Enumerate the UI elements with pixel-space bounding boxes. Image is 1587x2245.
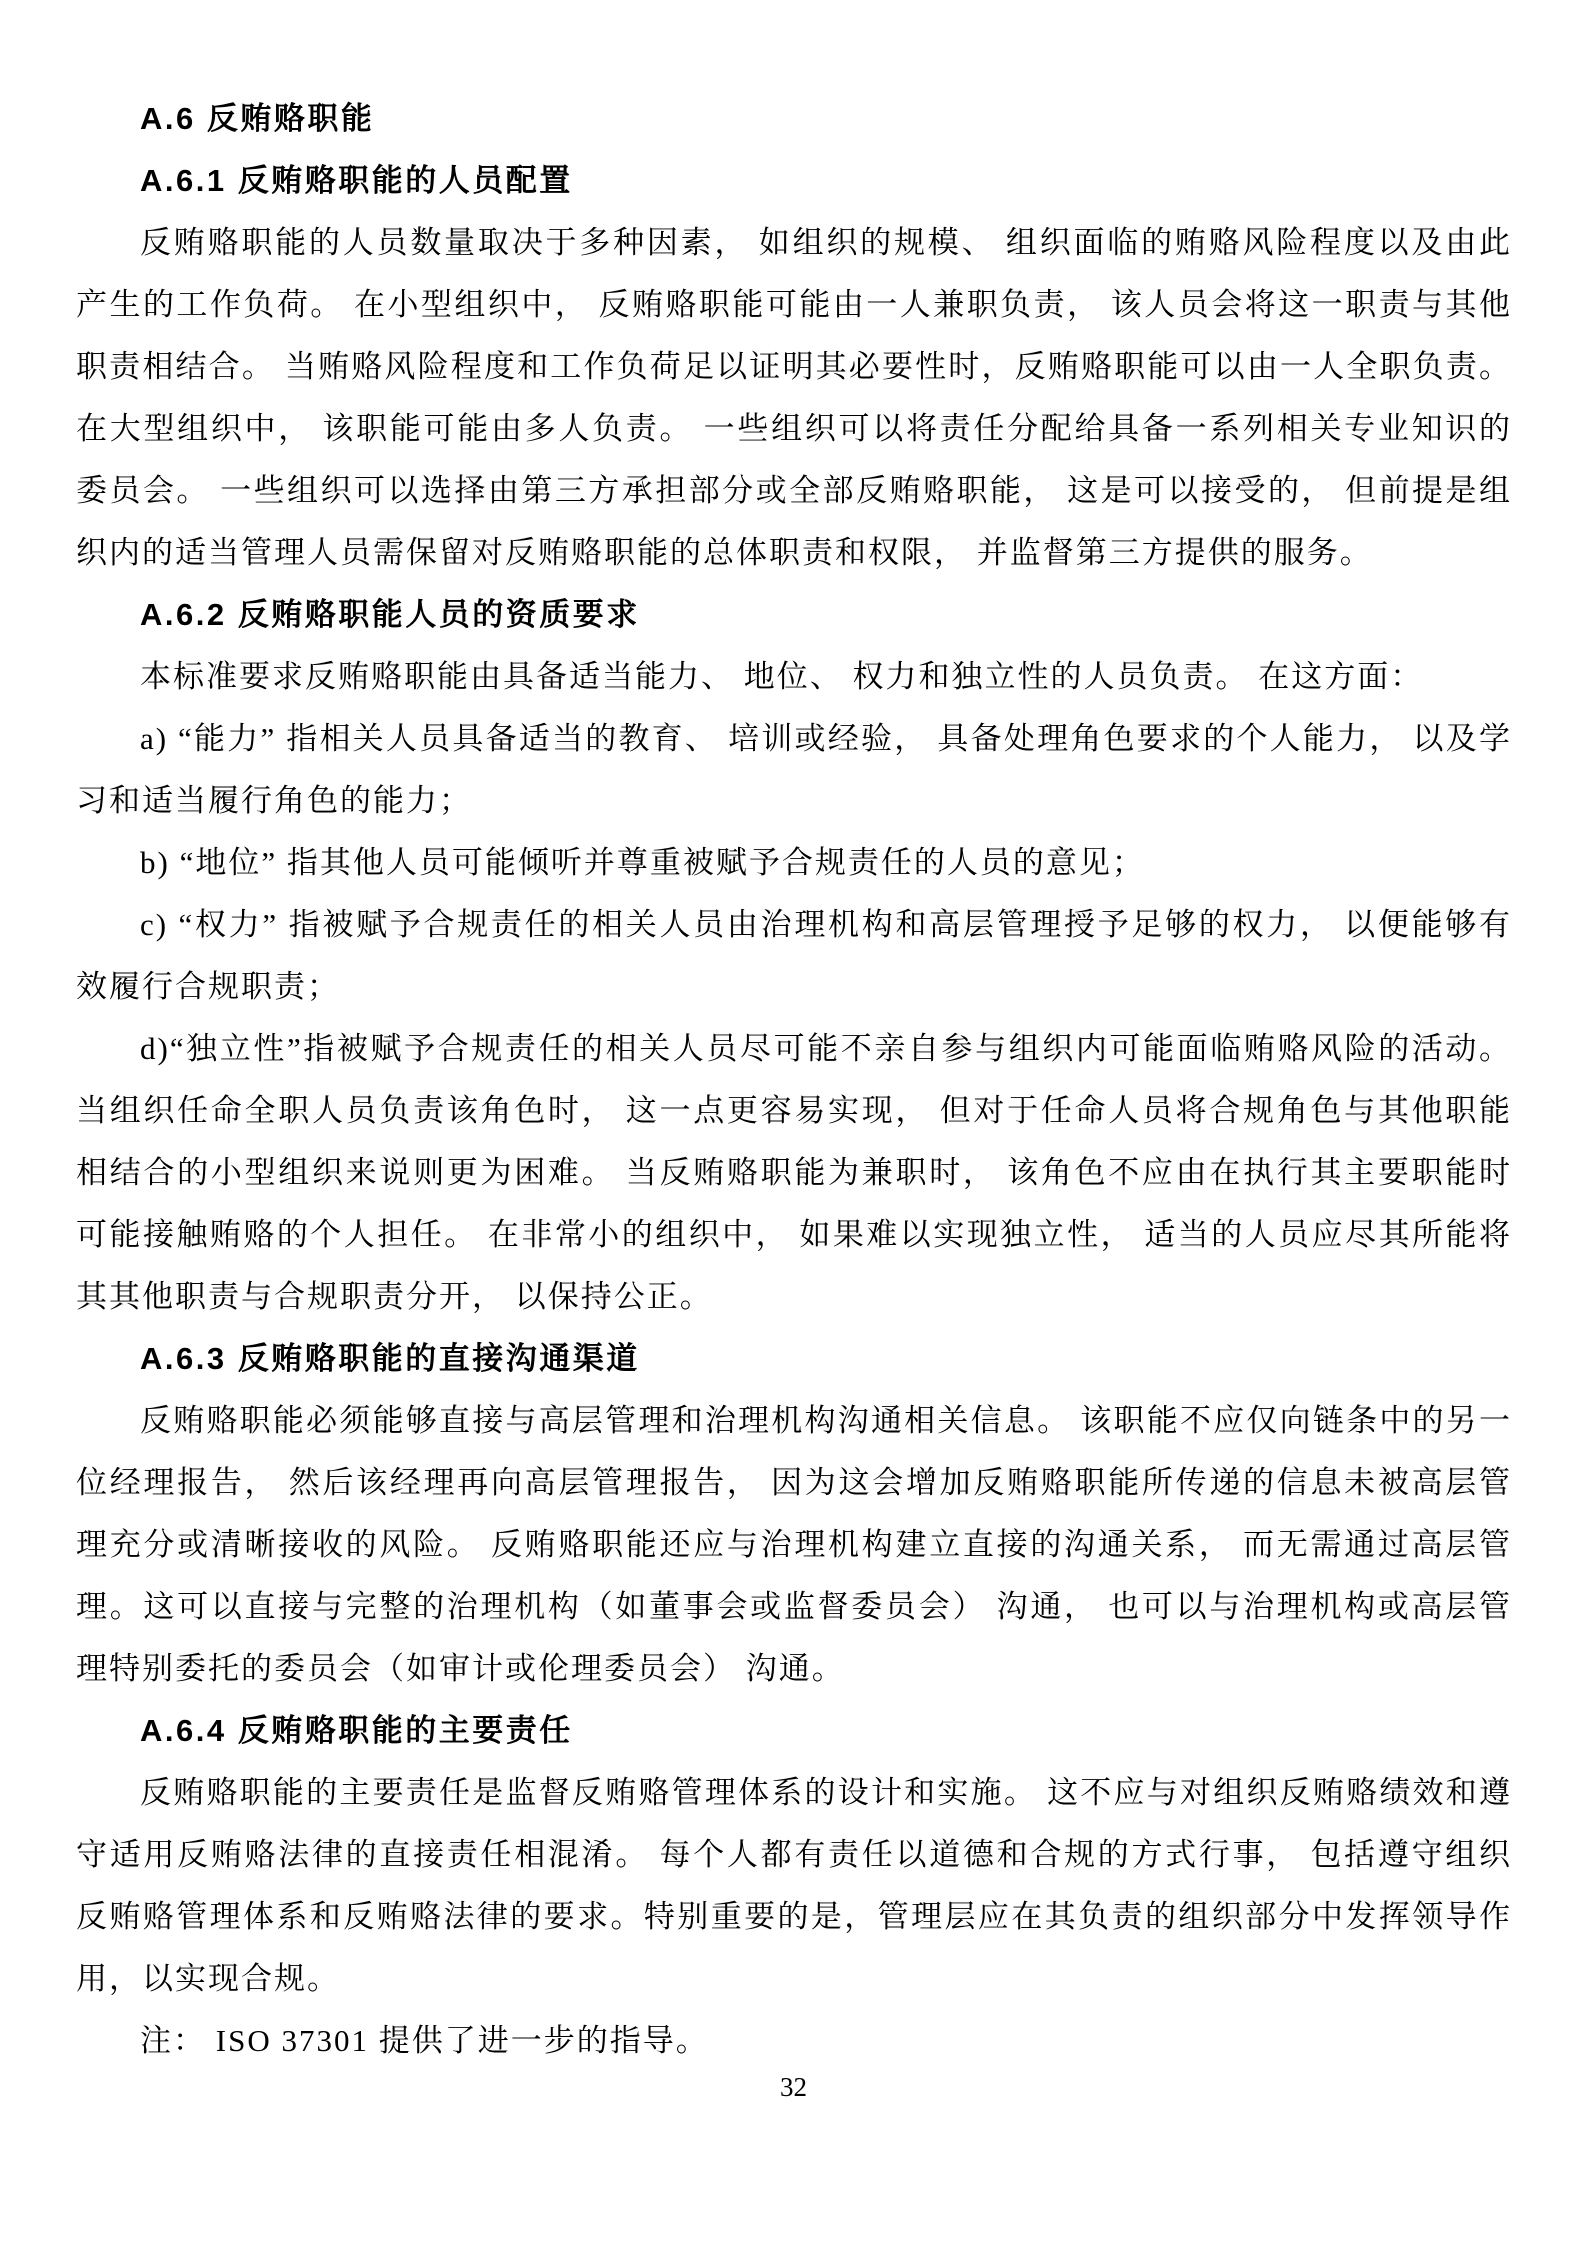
list-item-b-status: b) “地位” 指其他人员可能倾听并尊重被赋予合规责任的人员的意见； <box>76 832 1512 894</box>
document-viewer: { "page": { "background_color": "#ffffff… <box>0 0 1587 2245</box>
paragraph-a6-1-staffing: 反贿赂职能的人员数量取决于多种因素， 如组织的规模、 组织面临的贿赂风险程度以及… <box>76 212 1512 584</box>
paragraph-a6-3-communication: 反贿赂职能必须能够直接与高层管理和治理机构沟通相关信息。 该职能不应仅向链条中的… <box>76 1390 1512 1700</box>
list-item-d-independence: d)“独立性”指被赋予合规责任的相关人员尽可能不亲自参与组织内可能面临贿赂风险的… <box>76 1018 1512 1328</box>
note-iso-37301: 注： ISO 37301 提供了进一步的指导。 <box>76 2010 1512 2072</box>
section-heading-a6-1: A.6.1 反贿赂职能的人员配置 <box>76 150 1512 212</box>
section-heading-a6-3: A.6.3 反贿赂职能的直接沟通渠道 <box>76 1328 1512 1390</box>
section-heading-a6: A.6 反贿赂职能 <box>76 88 1512 150</box>
list-item-a-competence: a) “能力” 指相关人员具备适当的教育、 培训或经验， 具备处理角色要求的个人… <box>76 708 1512 832</box>
paragraph-a6-4-responsibility: 反贿赂职能的主要责任是监督反贿赂管理体系的设计和实施。 这不应与对组织反贿赂绩效… <box>76 1762 1512 2010</box>
list-item-c-authority: c) “权力” 指被赋予合规责任的相关人员由治理机构和高层管理授予足够的权力， … <box>76 894 1512 1018</box>
section-heading-a6-2: A.6.2 反贿赂职能人员的资质要求 <box>76 584 1512 646</box>
paragraph-a6-2-intro: 本标准要求反贿赂职能由具备适当能力、 地位、 权力和独立性的人员负责。 在这方面… <box>76 646 1512 708</box>
section-heading-a6-4: A.6.4 反贿赂职能的主要责任 <box>76 1700 1512 1762</box>
document-page: A.6 反贿赂职能 A.6.1 反贿赂职能的人员配置 反贿赂职能的人员数量取决于… <box>0 0 1587 2245</box>
page-number: 32 <box>0 2072 1587 2103</box>
page-content: A.6 反贿赂职能 A.6.1 反贿赂职能的人员配置 反贿赂职能的人员数量取决于… <box>76 88 1512 2072</box>
